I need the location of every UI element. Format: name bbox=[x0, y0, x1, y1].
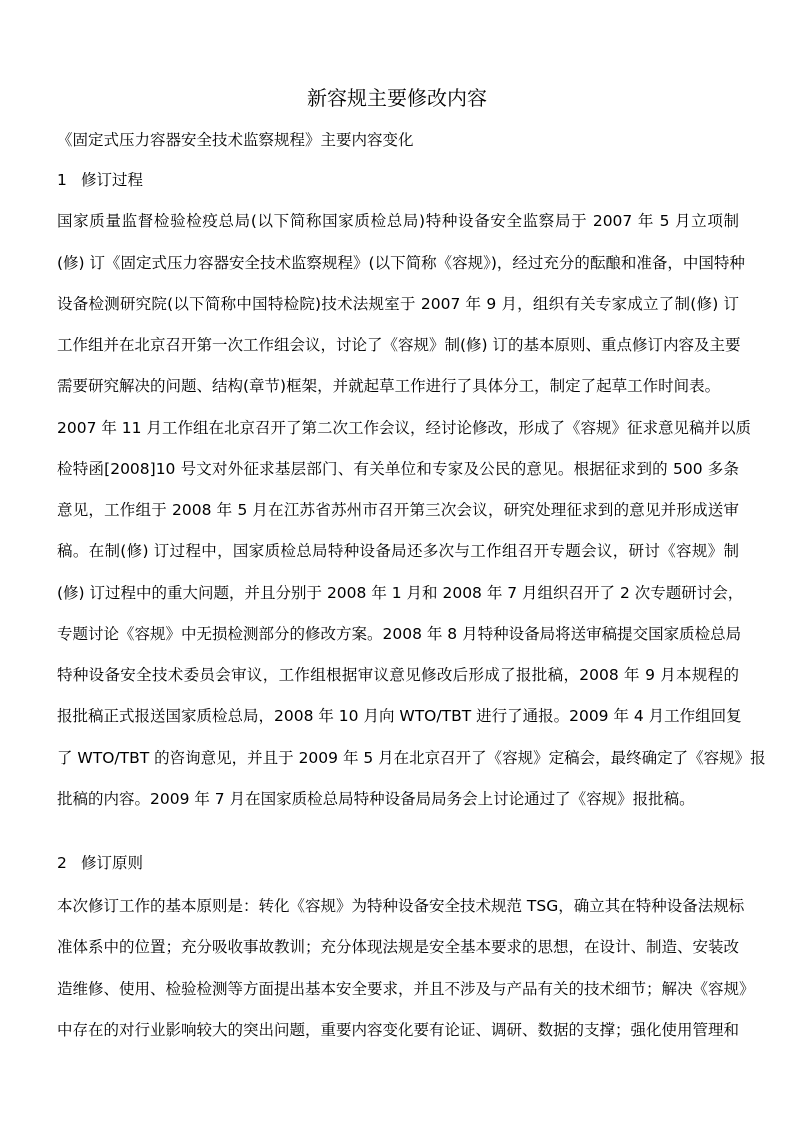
document-title: 新容规主要修改内容 bbox=[0, 86, 794, 110]
paragraph-line: (修) 订过程中的重大问题，并且分别于 2008 年 1 月和 2008 年 7… bbox=[57, 583, 739, 603]
section-title: 修订过程 bbox=[81, 171, 143, 189]
paragraph-line: 中存在的对行业影响较大的突出问题，重要内容变化要有论证、调研、数据的支撑；强化使… bbox=[57, 1020, 739, 1040]
paragraph-line: 意见，工作组于 2008 年 5 月在江苏省苏州市召开第三次会议，研究处理征求到… bbox=[57, 500, 739, 520]
paragraph-line: 稿。在制(修) 订过程中，国家质检总局特种设备局还多次与工作组召开专题会议，研讨… bbox=[57, 541, 739, 561]
section-number: 2 bbox=[57, 853, 81, 873]
paragraph-line: 工作组并在北京召开第一次工作组会议，讨论了《容规》制(修) 订的基本原则、重点修… bbox=[57, 335, 739, 355]
paragraph-line: 准体系中的位置；充分吸收事故教训；充分体现法规是安全基本要求的思想，在设计、制造… bbox=[57, 937, 739, 957]
paragraph-line: 2007 年 11 月工作组在北京召开了第二次工作会议，经讨论修改，形成了《容规… bbox=[57, 418, 739, 438]
paragraph-line: 批稿的内容。2009 年 7 月在国家质检总局特种设备局局务会上讨论通过了《容规… bbox=[57, 789, 739, 809]
paragraph-line: 检特函[2008]10 号文对外征求基层部门、有关单位和专家及公民的意见。根据征… bbox=[57, 459, 739, 479]
paragraph-line: 了 WTO/TBT 的咨询意见，并且于 2009 年 5 月在北京召开了《容规》… bbox=[57, 748, 739, 768]
document-page: 新容规主要修改内容 《固定式压力容器安全技术监察规程》主要内容变化 1修订过程 … bbox=[0, 0, 794, 1123]
section-heading-1: 1修订过程 bbox=[57, 170, 739, 190]
paragraph-line: 报批稿正式报送国家质检总局，2008 年 10 月向 WTO/TBT 进行了通报… bbox=[57, 706, 739, 726]
section-heading-2: 2修订原则 bbox=[57, 853, 739, 873]
paragraph-line: 特种设备安全技术委员会审议，工作组根据审议意见修改后形成了报批稿，2008 年 … bbox=[57, 665, 739, 685]
paragraph-line: 专题讨论《容规》中无损检测部分的修改方案。2008 年 8 月特种设备局将送审稿… bbox=[57, 624, 739, 644]
paragraph-line: 设备检测研究院(以下简称中国特检院)技术法规室于 2007 年 9 月，组织有关… bbox=[57, 294, 739, 314]
document-subtitle: 《固定式压力容器安全技术监察规程》主要内容变化 bbox=[57, 130, 739, 150]
paragraph-line: 造维修、使用、检验检测等方面提出基本安全要求，并且不涉及与产品有关的技术细节；解… bbox=[57, 979, 739, 999]
paragraph-line: 国家质量监督检验检疫总局(以下简称国家质检总局)特种设备安全监察局于 2007 … bbox=[57, 211, 739, 231]
paragraph-line: 本次修订工作的基本原则是：转化《容规》为特种设备安全技术规范 TSG，确立其在特… bbox=[57, 896, 739, 916]
paragraph-line: 需要研究解决的问题、结构(章节)框架，并就起草工作进行了具体分工，制定了起草工作… bbox=[57, 376, 739, 396]
section-number: 1 bbox=[57, 170, 81, 190]
section-title: 修订原则 bbox=[81, 854, 143, 872]
paragraph-line: (修) 订《固定式压力容器安全技术监察规程》(以下简称《容规》)，经过充分的酝酿… bbox=[57, 253, 739, 273]
